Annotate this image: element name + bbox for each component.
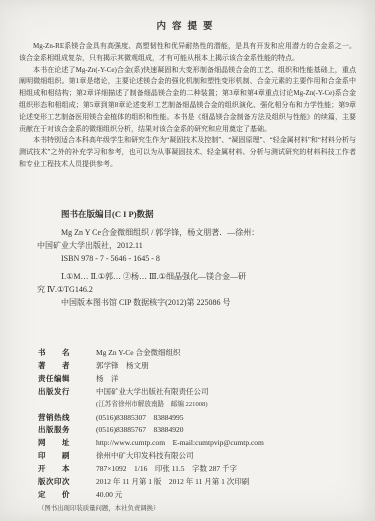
row-value: (0516)83885767 83884920 xyxy=(96,424,184,437)
row-value: 40.00 元 xyxy=(96,489,122,502)
row-value: 787×1092 1/16 印张 11.5 字数 287 千字 xyxy=(96,463,237,476)
content-summary-section: 内容提要 Mg-Zn-RE系镁合金具有高强度、高塑韧性和优异耐热性的潜能，是具有… xyxy=(0,18,375,171)
row-label: 营销热线 xyxy=(38,412,86,425)
summary-title: 内容提要 xyxy=(0,18,375,32)
cip-heading: 图书在版编目(C I P)数据 xyxy=(61,208,349,221)
row-label: 著 者 xyxy=(38,360,86,373)
colophon-row-marketing-hotline: 营销热线 (0516)83885307 83884995 xyxy=(38,412,363,425)
colophon-section: 书 名 Mg Zn Y-Ce 合金微细组织 著 者 郭学锋 杨文朋 责任编辑 杨… xyxy=(38,347,363,515)
row-label: 出版服务 xyxy=(38,424,86,437)
colophon-row-publisher: 出版发行 中国矿业大学出版社有限责任公司 xyxy=(38,386,363,399)
row-value: 2012 年 11 月第 1 版 2012 年 11 月第 1 次印刷 xyxy=(96,476,249,489)
row-label: 印 刷 xyxy=(38,450,86,463)
colophon-row-website: 网 址 http://www.cumtp.com E-mail:cumtpvip… xyxy=(38,437,363,450)
row-value: http://www.cumtp.com E-mail:cumtpvip@cum… xyxy=(96,437,264,450)
row-value: Mg Zn Y-Ce 合金微细组织 xyxy=(96,347,181,360)
colophon-row-title: 书 名 Mg Zn Y-Ce 合金微细组织 xyxy=(38,347,363,360)
cip-section: 图书在版编目(C I P)数据 Mg Zn Y Ce合金微细组织 / 郭学锋，杨… xyxy=(37,208,349,309)
cip-publisher-line: 中国矿业大学出版社，2012.11 xyxy=(37,239,349,252)
summary-body: Mg-Zn-RE系镁合金具有高强度、高塑韧性和优异耐热性的潜能，是具有开发和应用… xyxy=(19,41,356,171)
row-label: 书 名 xyxy=(38,347,86,360)
book-copyright-page: 内容提要 Mg-Zn-RE系镁合金具有高强度、高塑韧性和优异耐热性的潜能，是具有… xyxy=(0,0,375,521)
row-value: 郭学锋 杨文朋 xyxy=(96,360,149,373)
summary-paragraph: 本书特别适合本科高年级学生和研究生作为“凝固技术及控制”、“凝固原理”、“轻金属… xyxy=(19,135,356,170)
row-value: 杨 洋 xyxy=(96,373,119,386)
cip-isbn-line: ISBN 978 - 7 - 5646 - 1645 - 8 xyxy=(61,252,349,265)
publisher-address-note: (江苏省徐州市解放南路 邮编 221008) xyxy=(96,399,363,412)
summary-paragraph: 本书在论述了Mg-Zn(-Y-Ce)合金(系)快速凝固和大变形制备细晶镁合金的工… xyxy=(19,65,356,136)
colophon-row-edition: 版次印次 2012 年 11 月第 1 版 2012 年 11 月第 1 次印刷 xyxy=(38,476,363,489)
print-quality-note: （图书出现印装质量问题，本社负责调换） xyxy=(38,503,363,515)
cip-title-line: Mg Zn Y Ce合金微细组织 / 郭学锋，杨文朋著．—徐州： xyxy=(61,226,349,239)
cip-classification-line-2: 究 Ⅳ.①TG146.2 xyxy=(37,283,349,296)
colophon-row-format: 开 本 787×1092 1/16 印张 11.5 字数 287 千字 xyxy=(38,463,363,476)
row-label: 责任编辑 xyxy=(38,373,86,386)
row-label: 出版发行 xyxy=(38,386,86,399)
colophon-row-price: 定 价 40.00 元 xyxy=(38,489,363,502)
row-value: 中国矿业大学出版社有限责任公司 xyxy=(96,386,209,399)
row-label: 定 价 xyxy=(38,489,86,502)
colophon-row-service-phone: 出版服务 (0516)83885767 83884920 xyxy=(38,424,363,437)
colophon-row-printer: 印 刷 徐州中矿大印发科技有限公司 xyxy=(38,450,363,463)
row-label: 网 址 xyxy=(38,437,86,450)
colophon-row-editor: 责任编辑 杨 洋 xyxy=(38,373,363,386)
cip-registry-line: 中国版本图书馆 CIP 数据核字(2012)第 225086 号 xyxy=(61,296,349,309)
row-label: 开 本 xyxy=(38,463,86,476)
row-value: (0516)83885307 83884995 xyxy=(96,412,184,425)
colophon-row-authors: 著 者 郭学锋 杨文朋 xyxy=(38,360,363,373)
summary-paragraph: Mg-Zn-RE系镁合金具有高强度、高塑韧性和优异耐热性的潜能，是具有开发和应用… xyxy=(19,41,356,65)
cip-classification-line: Ⅰ.①M… Ⅱ.①郭… ②杨… Ⅲ.①细晶强化—镁合金—研 xyxy=(61,270,349,283)
row-value: 徐州中矿大印发科技有限公司 xyxy=(96,450,194,463)
row-label: 版次印次 xyxy=(38,476,86,489)
